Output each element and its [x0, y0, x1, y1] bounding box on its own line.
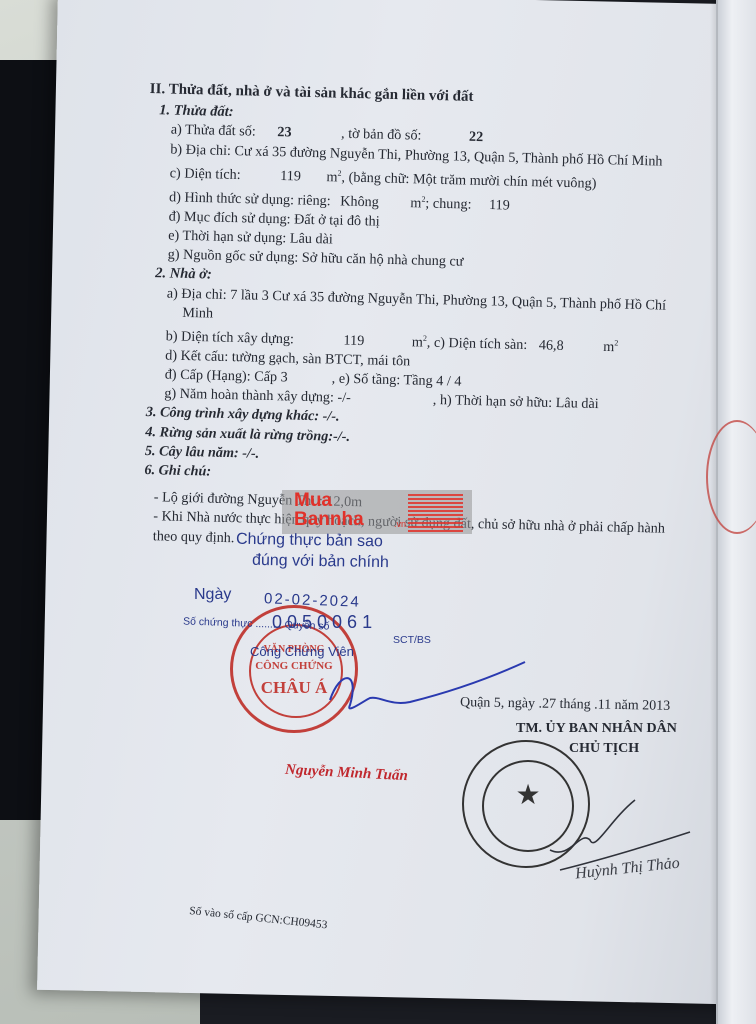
parcel-number: 23 — [277, 125, 292, 141]
cert-book: SCT/BS — [393, 634, 431, 646]
document-body: II. Thửa đất, nhà ở và tài sản khác gắn … — [139, 80, 710, 559]
certification-title: Chứng thực bản sao — [236, 531, 383, 552]
land-area-value: 119 — [280, 168, 301, 185]
cert-date-label: Ngày — [194, 586, 231, 604]
cert-number: 0050061 — [272, 612, 377, 633]
map-number: 22 — [469, 129, 484, 145]
issuer-title: CHỦ TỊCH — [569, 741, 639, 757]
building-icon — [408, 492, 463, 532]
notary-label: Công Chứng Viên — [250, 644, 354, 659]
watermark-logo: MuaBannha .vn — [282, 490, 472, 534]
issuer: TM. ỦY BAN NHÂN DÂN — [516, 721, 677, 737]
certification-subtitle: đúng với bản chính — [252, 552, 389, 572]
